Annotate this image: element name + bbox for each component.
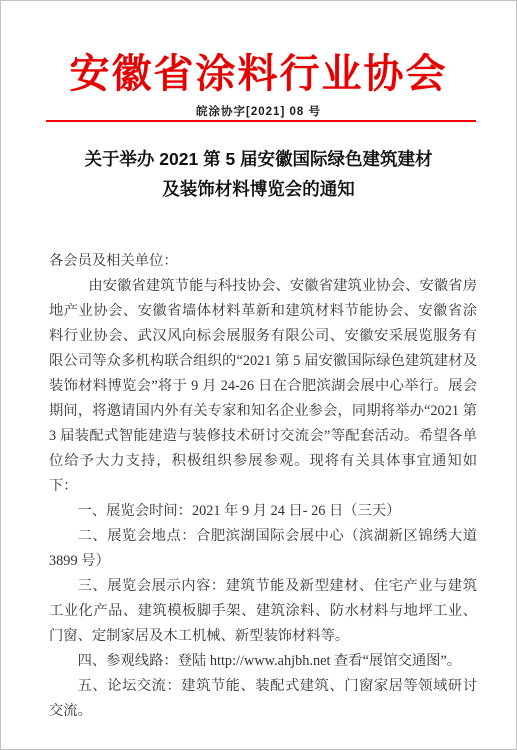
document-body: 各会员及相关单位： 由安徽省建筑节能与科技协会、安徽省建筑业协会、安徽省房地产业… [1,249,516,724]
notice-item-location: 二、展览会地点：合肥滨湖国际会展中心（滨湖新区锦绣大道 3899 号） [49,524,477,574]
notice-title-line2: 及装饰材料博览会的通知 [31,174,486,204]
notice-item-content: 三、展览会展示内容：建筑节能及新型建材、住宅产业与建筑工业化产品、建筑模板脚手架… [49,574,477,649]
association-name: 安徽省涂料行业协会 [21,51,496,97]
notice-item-time: 一、展览会时间：2021 年 9 月 24 日- 26 日（三天） [49,499,477,524]
document-header: 安徽省涂料行业协会 皖涂协字[2021] 08 号 [1,51,516,122]
salutation: 各会员及相关单位： [49,249,477,274]
red-divider-rule [46,120,476,122]
intro-paragraph: 由安徽省建筑节能与科技协会、安徽省建筑业协会、安徽省房地产业协会、安徽省墙体材料… [49,274,477,499]
notice-item-route: 四、参观线路：登陆 http://www.ahjbh.net 查看“展馆交通图”… [49,649,477,674]
document-number: 皖涂协字[2021] 08 号 [1,106,516,118]
notice-title: 关于举办 2021 第 5 届安徽国际绿色建筑建材 及装饰材料博览会的通知 [31,144,486,204]
document-page: 安徽省涂料行业协会 皖涂协字[2021] 08 号 关于举办 2021 第 5 … [0,0,517,750]
notice-item-forum: 五、论坛交流：建筑节能、装配式建筑、门窗家居等领域研讨交流。 [49,674,477,724]
notice-title-line1: 关于举办 2021 第 5 届安徽国际绿色建筑建材 [31,144,486,174]
